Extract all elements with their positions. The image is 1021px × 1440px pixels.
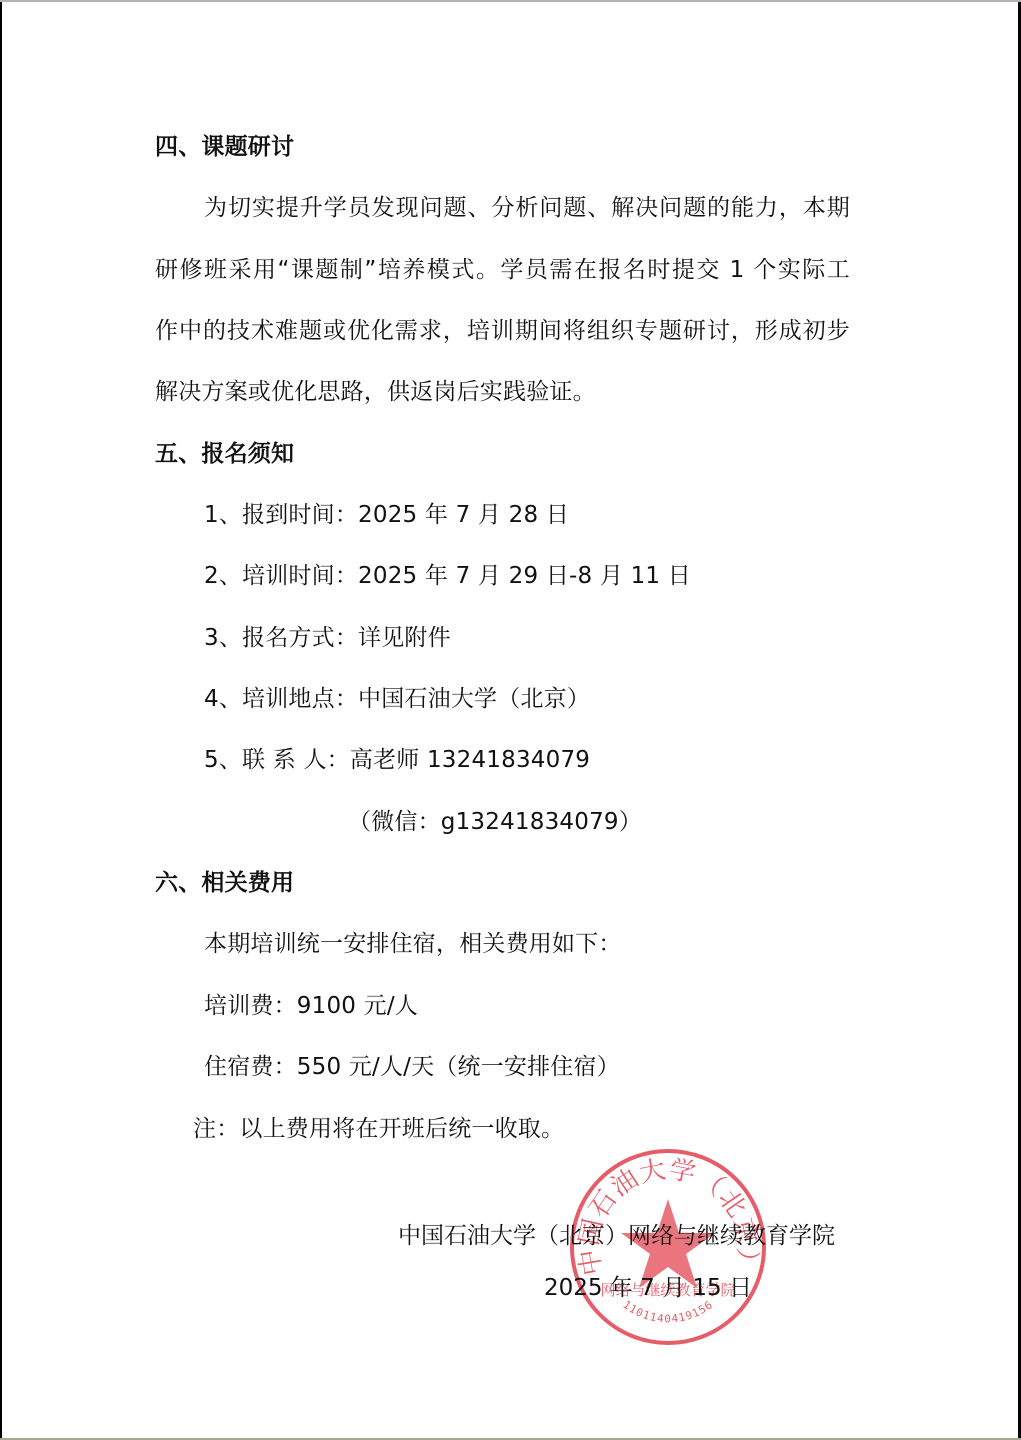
paragraph-line: 作中的技术难题或优化需求，培训期间将组织专题研讨，形成初步: [155, 316, 850, 346]
registration-item-method: 3、报名方式：详见附件: [204, 623, 904, 653]
paragraph-line: 研修班采用“课题制”培养模式。学员需在报名时提交 1 个实际工: [155, 255, 850, 285]
paragraph-line: 解决方案或优化思路，供返岗后实践验证。: [155, 377, 855, 407]
registration-item-location: 4、培训地点：中国石油大学（北京）: [204, 684, 904, 714]
registration-item-training-time: 2、培训时间：2025 年 7 月 29 日-8 月 11 日: [204, 561, 904, 591]
signature-organization: 中国石油大学（北京）网络与继续教育学院: [398, 1221, 835, 1251]
section-heading-5: 五、报名须知: [155, 439, 855, 469]
section-heading-6: 六、相关费用: [155, 868, 855, 898]
registration-item-contact: 5、联 系 人：高老师 13241834079: [204, 745, 904, 775]
section-heading-4: 四、课题研讨: [155, 132, 855, 162]
contact-wechat: （微信：g13241834079）: [348, 807, 1021, 837]
fees-intro: 本期培训统一安排住宿，相关费用如下：: [204, 929, 904, 959]
document-page: 四、课题研讨 为切实提升学员发现问题、分析问题、解决问题的能力，本期 研修班采用…: [0, 0, 1021, 1440]
signature-date: 2025 年 7 月 15 日: [544, 1273, 752, 1303]
fee-accommodation: 住宿费：550 元/人/天（统一安排住宿）: [204, 1052, 904, 1082]
registration-item-checkin-time: 1、报到时间：2025 年 7 月 28 日: [204, 500, 904, 530]
fee-training: 培训费：9100 元/人: [204, 991, 904, 1021]
fees-note: 注：以上费用将在开班后统一收取。: [193, 1114, 893, 1144]
paragraph-line: 为切实提升学员发现问题、分析问题、解决问题的能力，本期: [204, 193, 850, 223]
